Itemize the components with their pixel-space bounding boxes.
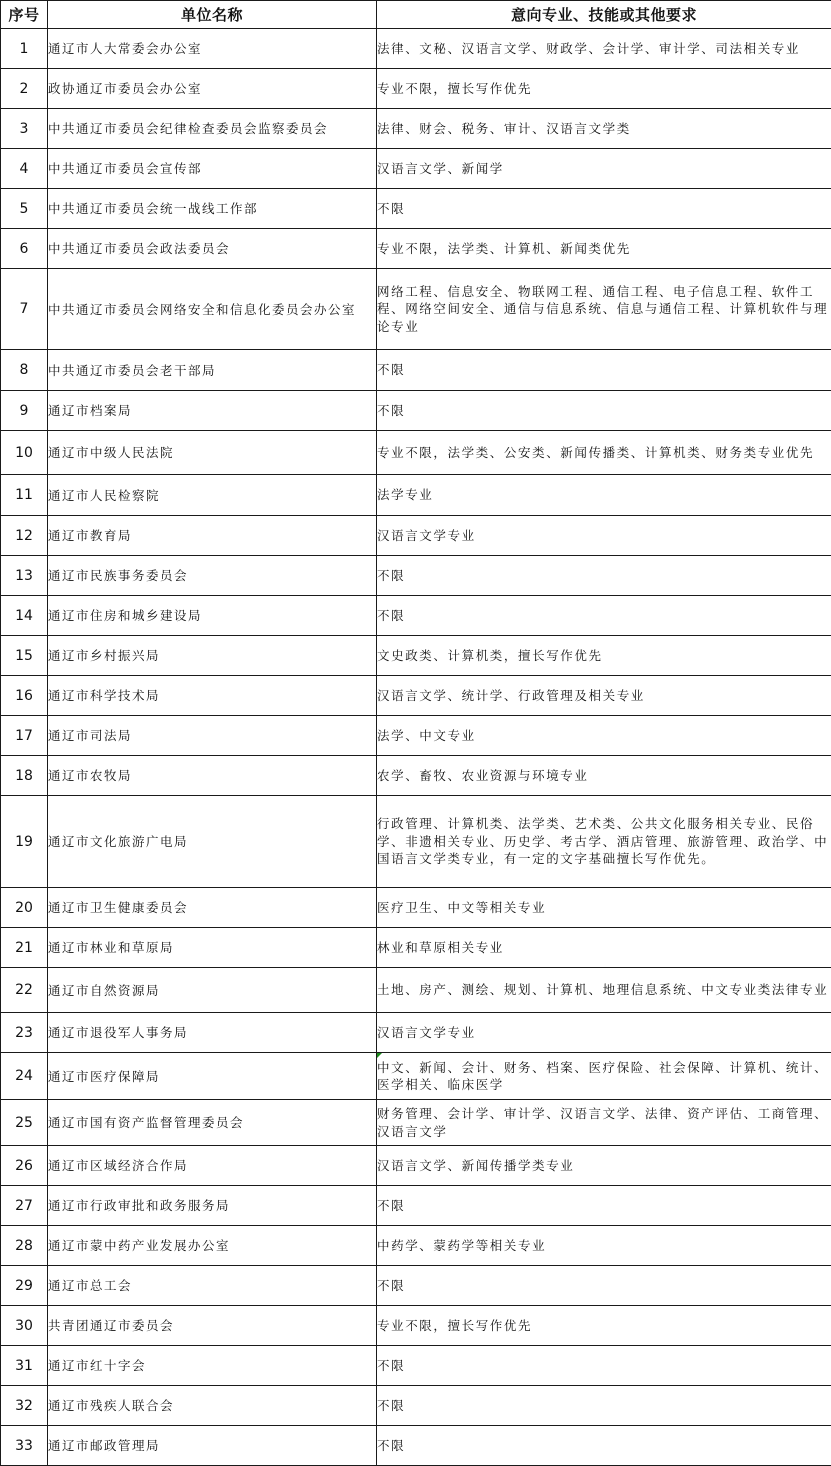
- cell-unit-name[interactable]: 通辽市人民检察院: [48, 475, 377, 516]
- cell-requirements[interactable]: 法律、财会、税务、审计、汉语言文学类: [377, 109, 831, 149]
- cell-requirements[interactable]: 汉语言文学专业: [377, 516, 831, 556]
- cell-requirements[interactable]: 不限: [377, 1346, 831, 1386]
- cell-unit-name[interactable]: 通辽市民族事务委员会: [48, 556, 377, 596]
- cell-requirements[interactable]: 不限: [377, 556, 831, 596]
- table-row: 4中共通辽市委员会宣传部汉语言文学、新闻学: [1, 149, 831, 189]
- cell-requirements[interactable]: 不限: [377, 1266, 831, 1306]
- header-serial-number: 序号: [1, 1, 48, 29]
- table-row: 10通辽市中级人民法院专业不限，法学类、公安类、新闻传播类、计算机类、财务类专业…: [1, 431, 831, 475]
- table-row: 14通辽市住房和城乡建设局不限: [1, 596, 831, 636]
- table-row: 19通辽市文化旅游广电局行政管理、计算机类、法学类、艺术类、公共文化服务相关专业…: [1, 796, 831, 888]
- cell-unit-name[interactable]: 政协通辽市委员会办公室: [48, 69, 377, 109]
- cell-serial-number[interactable]: 17: [1, 716, 48, 756]
- cell-requirements[interactable]: 专业不限，法学类、计算机、新闻类优先: [377, 229, 831, 269]
- cell-serial-number[interactable]: 26: [1, 1146, 48, 1186]
- table-row: 17通辽市司法局法学、中文专业: [1, 716, 831, 756]
- cell-requirements[interactable]: 行政管理、计算机类、法学类、艺术类、公共文化服务相关专业、民俗学、非遗相关专业、…: [377, 796, 831, 888]
- table-row: 13通辽市民族事务委员会不限: [1, 556, 831, 596]
- cell-serial-number[interactable]: 6: [1, 229, 48, 269]
- cell-unit-name[interactable]: 通辽市蒙中药产业发展办公室: [48, 1226, 377, 1266]
- header-unit-name: 单位名称: [48, 1, 377, 29]
- cell-requirements[interactable]: 土地、房产、测绘、规划、计算机、地理信息系统、中文专业类法律专业: [377, 968, 831, 1013]
- table-row: 12通辽市教育局汉语言文学专业: [1, 516, 831, 556]
- cell-unit-name[interactable]: 中共通辽市委员会统一战线工作部: [48, 189, 377, 229]
- cell-requirements[interactable]: 不限: [377, 1186, 831, 1226]
- cell-unit-name[interactable]: 通辽市乡村振兴局: [48, 636, 377, 676]
- cell-serial-number[interactable]: 13: [1, 556, 48, 596]
- table-row: 26通辽市区域经济合作局汉语言文学、新闻传播学类专业: [1, 1146, 831, 1186]
- cell-unit-name[interactable]: 通辽市红十字会: [48, 1346, 377, 1386]
- cell-unit-name[interactable]: 中共通辽市委员会网络安全和信息化委员会办公室: [48, 269, 377, 350]
- cell-unit-name[interactable]: 共青团通辽市委员会: [48, 1306, 377, 1346]
- cell-requirements[interactable]: 专业不限，法学类、公安类、新闻传播类、计算机类、财务类专业优先: [377, 431, 831, 475]
- table-row: 22通辽市自然资源局土地、房产、测绘、规划、计算机、地理信息系统、中文专业类法律…: [1, 968, 831, 1013]
- cell-requirements[interactable]: 网络工程、信息安全、物联网工程、通信工程、电子信息工程、软件工程、网络空间安全、…: [377, 269, 831, 350]
- cell-unit-name[interactable]: 通辽市住房和城乡建设局: [48, 596, 377, 636]
- cell-unit-name[interactable]: 通辽市档案局: [48, 391, 377, 431]
- cell-serial-number[interactable]: 27: [1, 1186, 48, 1226]
- cell-serial-number[interactable]: 1: [1, 29, 48, 69]
- cell-unit-name[interactable]: 通辽市国有资产监督管理委员会: [48, 1100, 377, 1146]
- cell-serial-number[interactable]: 23: [1, 1013, 48, 1053]
- cell-requirements[interactable]: 专业不限，擅长写作优先: [377, 69, 831, 109]
- cell-unit-name[interactable]: 通辽市教育局: [48, 516, 377, 556]
- cell-requirements[interactable]: 不限: [377, 189, 831, 229]
- table-row: 15通辽市乡村振兴局文史政类、计算机类，擅长写作优先: [1, 636, 831, 676]
- cell-requirements[interactable]: 林业和草原相关专业: [377, 928, 831, 968]
- cell-serial-number[interactable]: 12: [1, 516, 48, 556]
- cell-requirements[interactable]: 不限: [377, 596, 831, 636]
- cell-serial-number[interactable]: 5: [1, 189, 48, 229]
- cell-unit-name[interactable]: 通辽市中级人民法院: [48, 431, 377, 475]
- cell-unit-name[interactable]: 通辽市残疾人联合会: [48, 1386, 377, 1426]
- cell-unit-name[interactable]: 通辽市总工会: [48, 1266, 377, 1306]
- cell-serial-number[interactable]: 15: [1, 636, 48, 676]
- cell-requirements[interactable]: 汉语言文学专业: [377, 1013, 831, 1053]
- cell-unit-name[interactable]: 通辽市退役军人事务局: [48, 1013, 377, 1053]
- cell-serial-number[interactable]: 25: [1, 1100, 48, 1146]
- cell-unit-name[interactable]: 通辽市农牧局: [48, 756, 377, 796]
- cell-serial-number[interactable]: 33: [1, 1426, 48, 1466]
- cell-requirements[interactable]: 财务管理、会计学、审计学、汉语言文学、法律、资产评估、工商管理、汉语言文学: [377, 1100, 831, 1146]
- table-row: 25通辽市国有资产监督管理委员会财务管理、会计学、审计学、汉语言文学、法律、资产…: [1, 1100, 831, 1146]
- cell-serial-number[interactable]: 8: [1, 350, 48, 391]
- cell-serial-number[interactable]: 7: [1, 269, 48, 350]
- cell-requirements[interactable]: 法学专业: [377, 475, 831, 516]
- cell-serial-number[interactable]: 22: [1, 968, 48, 1013]
- table-row: 16通辽市科学技术局汉语言文学、统计学、行政管理及相关专业: [1, 676, 831, 716]
- cell-requirements[interactable]: 不限: [377, 1386, 831, 1426]
- cell-requirements[interactable]: 汉语言文学、新闻传播学类专业: [377, 1146, 831, 1186]
- table-row: 2政协通辽市委员会办公室专业不限，擅长写作优先: [1, 69, 831, 109]
- table-row: 18通辽市农牧局农学、畜牧、农业资源与环境专业: [1, 756, 831, 796]
- table-row: 30共青团通辽市委员会专业不限，擅长写作优先: [1, 1306, 831, 1346]
- cell-unit-name[interactable]: 通辽市司法局: [48, 716, 377, 756]
- cell-requirements[interactable]: 不限: [377, 391, 831, 431]
- cell-serial-number[interactable]: 19: [1, 796, 48, 888]
- cell-requirements[interactable]: 不限: [377, 1426, 831, 1466]
- table-header-row: 序号 单位名称 意向专业、技能或其他要求: [1, 1, 831, 29]
- cell-serial-number[interactable]: 10: [1, 431, 48, 475]
- cell-serial-number[interactable]: 3: [1, 109, 48, 149]
- cell-unit-name[interactable]: 通辽市科学技术局: [48, 676, 377, 716]
- cell-serial-number[interactable]: 4: [1, 149, 48, 189]
- table-row: 21通辽市林业和草原局林业和草原相关专业: [1, 928, 831, 968]
- cell-serial-number[interactable]: 28: [1, 1226, 48, 1266]
- cell-requirements[interactable]: 中药学、蒙药学等相关专业: [377, 1226, 831, 1266]
- cell-unit-name[interactable]: 中共通辽市委员会老干部局: [48, 350, 377, 391]
- cell-requirements[interactable]: 医疗卫生、中文等相关专业: [377, 888, 831, 928]
- table-row: 31通辽市红十字会不限: [1, 1346, 831, 1386]
- table-row: 32通辽市残疾人联合会不限: [1, 1386, 831, 1426]
- table-row: 7中共通辽市委员会网络安全和信息化委员会办公室网络工程、信息安全、物联网工程、通…: [1, 269, 831, 350]
- cell-requirements[interactable]: 法律、文秘、汉语言文学、财政学、会计学、审计学、司法相关专业: [377, 29, 831, 69]
- cell-requirements[interactable]: 专业不限，擅长写作优先: [377, 1306, 831, 1346]
- table-row: 28通辽市蒙中药产业发展办公室中药学、蒙药学等相关专业: [1, 1226, 831, 1266]
- table-row: 11通辽市人民检察院法学专业: [1, 475, 831, 516]
- table-row: 33通辽市邮政管理局不限: [1, 1426, 831, 1466]
- table-row: 29通辽市总工会不限: [1, 1266, 831, 1306]
- cell-unit-name[interactable]: 通辽市行政审批和政务服务局: [48, 1186, 377, 1226]
- cell-serial-number[interactable]: 14: [1, 596, 48, 636]
- cell-unit-name[interactable]: 通辽市邮政管理局: [48, 1426, 377, 1466]
- table-row: 1通辽市人大常委会办公室法律、文秘、汉语言文学、财政学、会计学、审计学、司法相关…: [1, 29, 831, 69]
- header-requirements: 意向专业、技能或其他要求: [377, 1, 831, 29]
- cell-unit-name[interactable]: 中共通辽市委员会纪律检查委员会监察委员会: [48, 109, 377, 149]
- cell-serial-number[interactable]: 24: [1, 1053, 48, 1100]
- unit-requirements-table: 序号 单位名称 意向专业、技能或其他要求 1通辽市人大常委会办公室法律、文秘、汉…: [0, 0, 831, 1466]
- cell-unit-name[interactable]: 通辽市林业和草原局: [48, 928, 377, 968]
- table-row: 8中共通辽市委员会老干部局不限: [1, 350, 831, 391]
- table-row: 23通辽市退役军人事务局汉语言文学专业: [1, 1013, 831, 1053]
- table-row: 6中共通辽市委员会政法委员会专业不限，法学类、计算机、新闻类优先: [1, 229, 831, 269]
- cell-serial-number[interactable]: 18: [1, 756, 48, 796]
- cell-serial-number[interactable]: 9: [1, 391, 48, 431]
- table-row: 27通辽市行政审批和政务服务局不限: [1, 1186, 831, 1226]
- cell-unit-name[interactable]: 通辽市区域经济合作局: [48, 1146, 377, 1186]
- cell-serial-number[interactable]: 31: [1, 1346, 48, 1386]
- table-row: 20通辽市卫生健康委员会医疗卫生、中文等相关专业: [1, 888, 831, 928]
- cell-requirements[interactable]: 法学、中文专业: [377, 716, 831, 756]
- cell-requirements[interactable]: 汉语言文学、新闻学: [377, 149, 831, 189]
- cell-unit-name[interactable]: 中共通辽市委员会宣传部: [48, 149, 377, 189]
- table-row: 9通辽市档案局不限: [1, 391, 831, 431]
- cell-serial-number[interactable]: 20: [1, 888, 48, 928]
- cell-unit-name[interactable]: 通辽市自然资源局: [48, 968, 377, 1013]
- cell-serial-number[interactable]: 32: [1, 1386, 48, 1426]
- cell-serial-number[interactable]: 11: [1, 475, 48, 516]
- cell-requirements[interactable]: 农学、畜牧、农业资源与环境专业: [377, 756, 831, 796]
- cell-unit-name[interactable]: 通辽市人大常委会办公室: [48, 29, 377, 69]
- cell-serial-number[interactable]: 30: [1, 1306, 48, 1346]
- cell-requirements[interactable]: 不限: [377, 350, 831, 391]
- table-row: 3中共通辽市委员会纪律检查委员会监察委员会法律、财会、税务、审计、汉语言文学类: [1, 109, 831, 149]
- cell-serial-number[interactable]: 29: [1, 1266, 48, 1306]
- cell-requirements[interactable]: 中文、新闻、会计、财务、档案、医疗保险、社会保障、计算机、统计、医学相关、临床医…: [377, 1053, 831, 1100]
- cell-requirements[interactable]: 文史政类、计算机类，擅长写作优先: [377, 636, 831, 676]
- cell-unit-name[interactable]: 通辽市卫生健康委员会: [48, 888, 377, 928]
- cell-requirements[interactable]: 汉语言文学、统计学、行政管理及相关专业: [377, 676, 831, 716]
- table-row: 5中共通辽市委员会统一战线工作部不限: [1, 189, 831, 229]
- cell-unit-name[interactable]: 通辽市医疗保障局: [48, 1053, 377, 1100]
- cell-serial-number[interactable]: 2: [1, 69, 48, 109]
- cell-serial-number[interactable]: 21: [1, 928, 48, 968]
- cell-serial-number[interactable]: 16: [1, 676, 48, 716]
- cell-unit-name[interactable]: 中共通辽市委员会政法委员会: [48, 229, 377, 269]
- cell-unit-name[interactable]: 通辽市文化旅游广电局: [48, 796, 377, 888]
- table-body: 1通辽市人大常委会办公室法律、文秘、汉语言文学、财政学、会计学、审计学、司法相关…: [1, 29, 831, 1466]
- table-row: 24通辽市医疗保障局中文、新闻、会计、财务、档案、医疗保险、社会保障、计算机、统…: [1, 1053, 831, 1100]
